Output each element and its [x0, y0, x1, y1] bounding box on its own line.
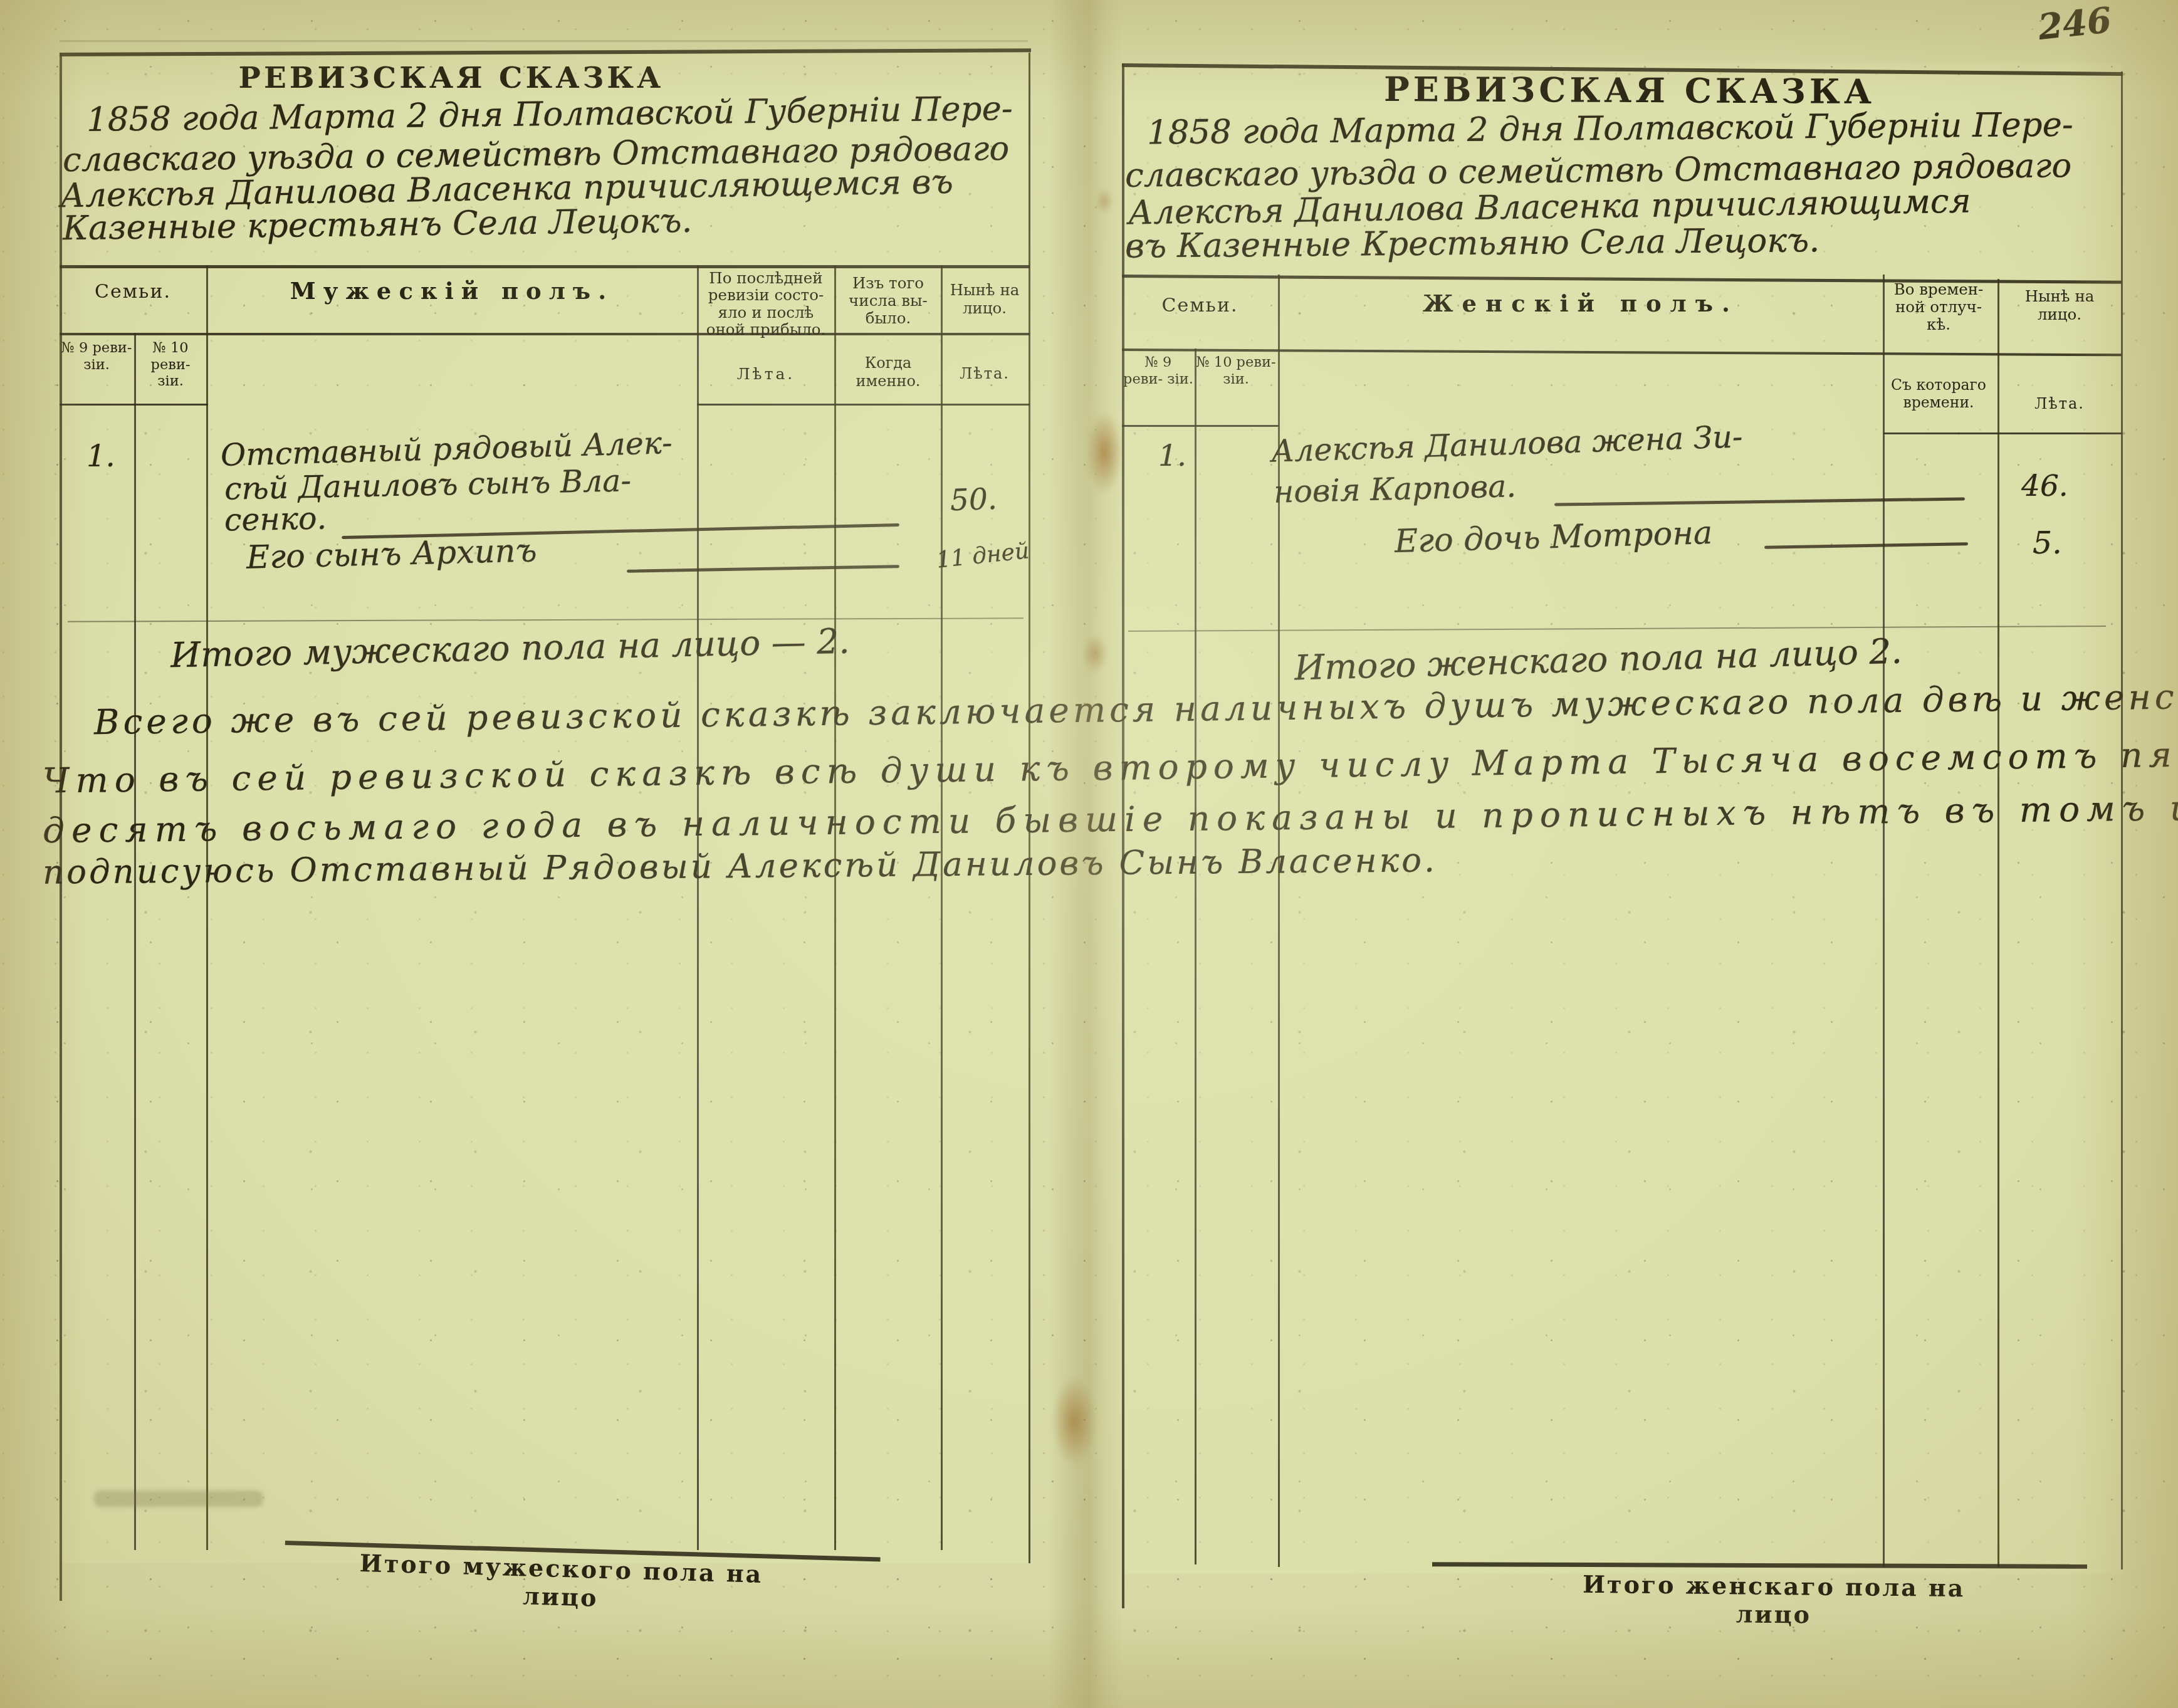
- left-table-header-line: [60, 265, 1030, 268]
- right-subheader-underline-a: [1122, 425, 1279, 427]
- left-subcol-leta-1: Лѣта.: [701, 365, 831, 383]
- left-col-last-revision: По послѣдней ревизіи состо- яло и послѣ …: [701, 270, 831, 338]
- left-col-family: Семьи.: [60, 281, 206, 303]
- right-header-line-4: въ Казенные Крестьяню Села Лецокъ.: [1125, 221, 1820, 266]
- left-table-subheader-line: [60, 333, 1030, 335]
- right-entry1-name-line2: новія Карпова.: [1273, 468, 1516, 510]
- left-col-departed: Изъ того числа вы- было.: [839, 275, 938, 328]
- right-column-line-present: [1997, 279, 1999, 1567]
- left-col-present: Нынѣ на лицо.: [943, 281, 1026, 318]
- right-subheader-underline-b: [1883, 432, 2122, 434]
- left-entry1-age: 50.: [950, 482, 998, 518]
- right-entry2-age: 5.: [2033, 525, 2062, 561]
- left-subcol-rev9: № 9 реви- зіи.: [61, 340, 132, 373]
- left-column-line-rev: [134, 333, 136, 1550]
- left-page-title: РЕВИЗСКАЯ СКАЗКА: [207, 61, 696, 95]
- left-column-line-present: [941, 265, 943, 1550]
- right-page-title: РЕВИЗСКАЯ СКАЗКА: [1348, 69, 1912, 112]
- fold-stain-small: [1096, 188, 1113, 214]
- right-entry1-age: 46.: [2021, 469, 2068, 503]
- right-col-family: Семьи.: [1122, 295, 1278, 317]
- left-column-line-family: [206, 265, 208, 1550]
- right-col-female: Женскій полъ.: [1279, 290, 1883, 317]
- fold-stain-top: [1086, 411, 1123, 495]
- fold-stain-bottom: [1052, 1376, 1097, 1467]
- left-entry1-family-no: 1.: [86, 439, 115, 474]
- right-column-line-rev: [1195, 348, 1196, 1564]
- right-column-line-absence: [1883, 275, 1885, 1567]
- left-entry2-name-line1: Его сынъ Архипъ: [246, 532, 537, 576]
- right-subcol-rev10: № 10 реви- зіи.: [1196, 354, 1276, 387]
- right-entry1-family-no: 1.: [1158, 439, 1186, 473]
- left-column-line-departed: [834, 265, 836, 1550]
- left-subheader-underline-b: [697, 404, 1030, 406]
- left-entry1-name-line3: сенко.: [224, 501, 327, 538]
- left-subcol-rev10: № 10 реви- зіи.: [136, 340, 205, 390]
- right-col-present: Нынѣ на лицо.: [2001, 287, 2118, 324]
- right-subcol-since-when: Съ котораго времени.: [1885, 376, 1992, 411]
- left-subcol-when: Когда именно.: [839, 354, 938, 390]
- fold-stain-mid: [1082, 634, 1108, 673]
- left-subcol-leta-2: Лѣта.: [943, 365, 1026, 382]
- page-number: 246: [2036, 0, 2113, 48]
- left-header-line-4: Казенные крестьянъ Села Лецокъ.: [63, 202, 693, 248]
- revision-list-scan: РЕВИЗСКАЯ СКАЗКА 1858 года Марта 2 дня П…: [0, 0, 2178, 1708]
- bottom-left-smudge: [94, 1491, 263, 1507]
- right-subcol-rev9: № 9 реви- зіи.: [1123, 354, 1193, 387]
- left-col-male: Мужескій полъ.: [207, 277, 697, 305]
- right-subcol-leta: Лѣта.: [2001, 395, 2118, 412]
- right-header-line-1: 1858 года Марта 2 дня Полтавской Губерні…: [1147, 106, 2073, 152]
- paper-crease: [60, 40, 1028, 42]
- right-col-absence: Во времен- ной отлуч- кѣ.: [1885, 281, 1992, 334]
- left-column-line-lastrev: [697, 265, 699, 1550]
- right-footer-label: Итого женскаго пола на лицо: [1545, 1569, 2003, 1631]
